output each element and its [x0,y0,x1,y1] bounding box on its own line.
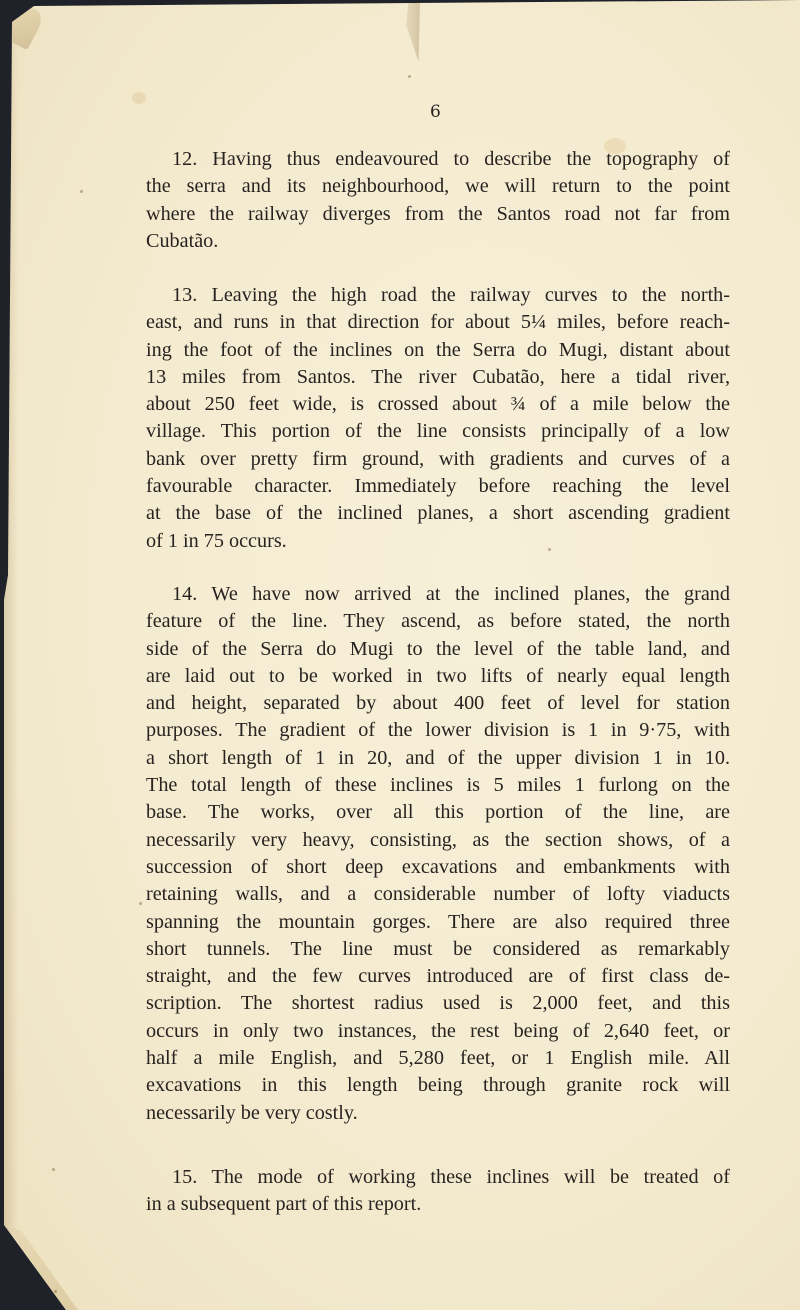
paragraph-line: succession of short deep excavations and… [146,854,730,881]
paper-speck [80,190,83,193]
paragraph-line: 12. Having thus endeavoured to describe … [146,146,730,173]
paragraph-line: the serra and its neighbourhood, we will… [146,173,730,200]
paragraph-line: necessarily be very costly. [146,1100,730,1127]
paragraph-line: The total length of these inclines is 5 … [146,772,730,799]
paper-stain [132,92,146,104]
paragraph-line: at the base of the inclined planes, a sh… [146,500,730,527]
paragraph-line: village. This portion of the line consis… [146,418,730,445]
paragraph-line: Cubatão. [146,228,730,255]
paragraph-line: and height, separated by about 400 feet … [146,690,730,717]
paragraph-15: 15. The mode of working these inclines w… [146,1164,730,1219]
paragraph-line: of 1 in 75 occurs. [146,528,730,555]
scanned-page-viewport: 6 12. Having thus endeavoured to describ… [0,0,800,1310]
paper-tear-top [406,0,420,62]
paragraph-line: 14. We have now arrived at the inclined … [146,581,730,608]
paragraph-line: straight, and the few curves introduced … [146,963,730,990]
paragraph-line: short tunnels. The line must be consider… [146,936,730,963]
paragraph-line: east, and runs in that direction for abo… [146,309,730,336]
paragraph-13: 13. Leaving the high road the railway cu… [146,282,730,555]
paragraph-line: ing the foot of the inclines on the Serr… [146,337,730,364]
paragraph-line: a short length of 1 in 20, and of the up… [146,745,730,772]
paragraph-line: 13. Leaving the high road the railway cu… [146,282,730,309]
paragraph-line: side of the Serra do Mugi to the level o… [146,636,730,663]
paragraph-line: about 250 feet wide, is crossed about ¾ … [146,391,730,418]
page-number: 6 [430,102,441,122]
paragraph-12: 12. Having thus endeavoured to describe … [146,146,730,255]
paper-speck [408,75,411,78]
paragraph-line: in a subsequent part of this report. [146,1191,730,1218]
paragraph-line: occurs in only two instances, the rest b… [146,1018,730,1045]
paragraph-line: are laid out to be worked in two lifts o… [146,663,730,690]
paragraph-line: excavations in this length being through… [146,1072,730,1099]
paragraph-line: 13 miles from Santos. The river Cubatão,… [146,364,730,391]
paragraph-14: 14. We have now arrived at the inclined … [146,581,730,1127]
paragraph-line: retaining walls, and a considerable numb… [146,881,730,908]
paper-speck [139,902,142,905]
paragraph-line: 15. The mode of working these inclines w… [146,1164,730,1191]
paragraph-line: purposes. The gradient of the lower divi… [146,717,730,744]
paragraph-line: base. The works, over all this portion o… [146,799,730,826]
paragraph-line: favourable character. Immediately before… [146,473,730,500]
paragraph-line: scription. The shortest radius used is 2… [146,990,730,1017]
paper-speck [52,1168,55,1171]
paragraph-line: necessarily very heavy, consisting, as t… [146,827,730,854]
folded-corner-bottom-left [8,1225,78,1310]
folded-corner-top-left [2,2,46,50]
paper-speck [54,1290,57,1293]
paragraph-line: bank over pretty firm ground, with gradi… [146,446,730,473]
paragraph-line: spanning the mountain gorges. There are … [146,909,730,936]
paragraph-line: feature of the line. They ascend, as bef… [146,608,730,635]
paragraph-line: where the railway diverges from the Sant… [146,201,730,228]
paragraph-line: half a mile English, and 5,280 feet, or … [146,1045,730,1072]
